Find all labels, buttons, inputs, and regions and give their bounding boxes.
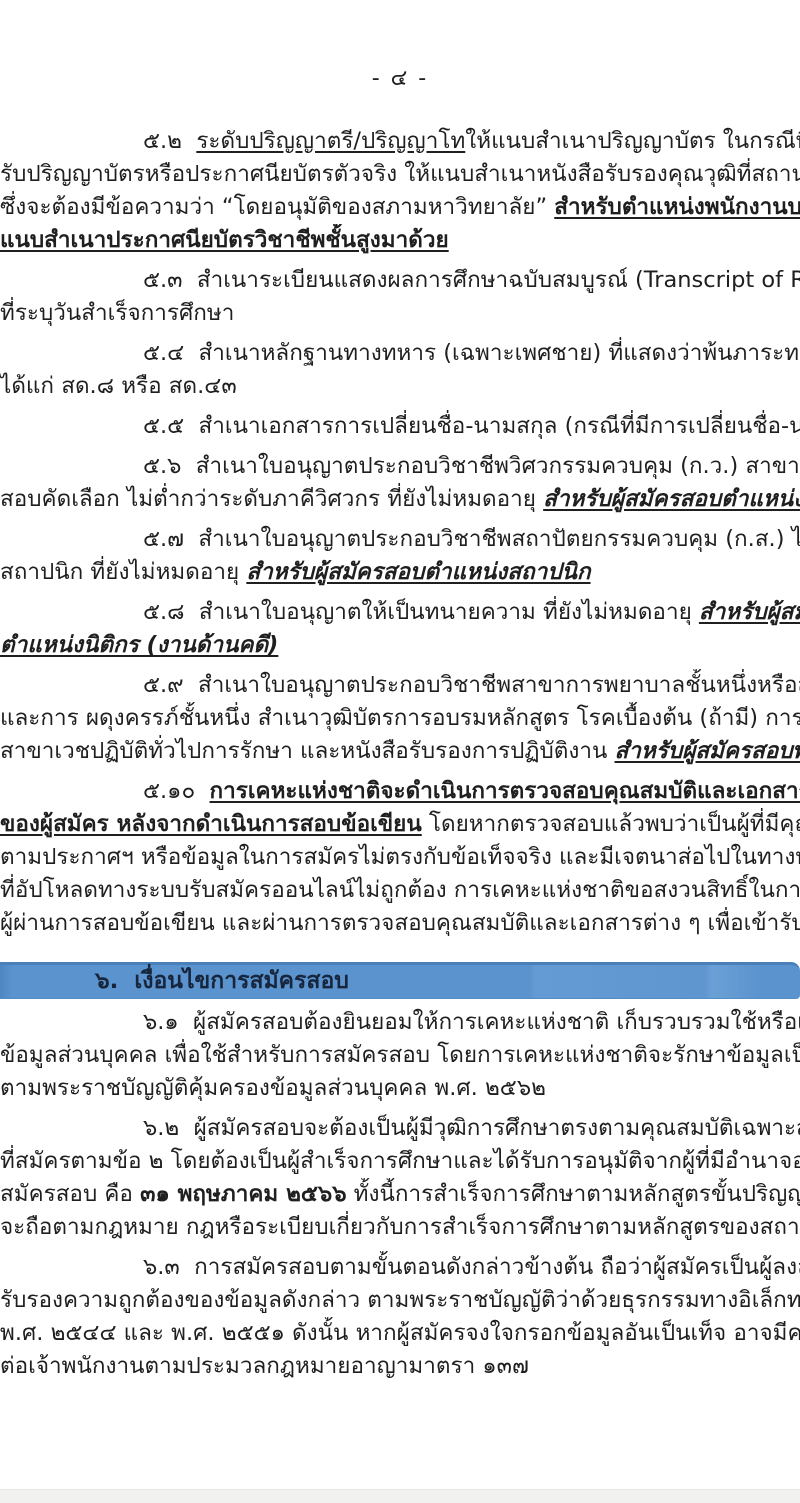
- text-line: รับปริญญาบัตรหรือประกาศนียบัตรตัวจริง ให…: [0, 158, 800, 191]
- text-segment: ๕.๙ สำเนาใบอนุญาตประกอบวิชาชีพสาขาการพยา…: [143, 672, 800, 698]
- document-content: - ๔ -๕.๒ ระดับปริญญาตรี/ปริญญาโทให้แนบสำ…: [0, 0, 800, 1383]
- text-line: ๕.๘ สำเนาใบอนุญาตให้เป็นทนายความ ที่ยังไ…: [0, 596, 800, 629]
- text-segment: ให้แนบสำเนาปริญญาบัตร ในกรณีที่ยังไม่ได้: [465, 128, 800, 154]
- text-segment: ๕.๓ สำเนาระเบียนแสดงผลการศึกษาฉบับสมบูรณ…: [143, 267, 800, 293]
- text-segment: จะถือตามกฎหมาย กฎหรือระเบียบเกี่ยวกับการ…: [0, 1214, 800, 1240]
- text-line: พ.ศ. ๒๕๔๔ และ พ.ศ. ๒๕๕๑ ดังนั้น หากผู้สม…: [0, 1317, 800, 1350]
- text-segment: ได้แก่ สด.๘ หรือ สด.๔๓: [0, 373, 237, 399]
- text-segment: ๕.๖ สำเนาใบอนุญาตประกอบวิชาชีพวิศวกรรมคว…: [143, 453, 800, 479]
- text-line: ๖.๓ การสมัครสอบตามขั้นตอนดังกล่าวข้างต้น…: [0, 1251, 800, 1284]
- text-line: ต่อเจ้าพนักงานตามประมวลกฎหมายอาญามาตรา ๑…: [0, 1350, 800, 1383]
- text-line: ของผู้สมัคร หลังจากดำเนินการสอบข้อเขียน …: [0, 808, 800, 841]
- page-number: - ๔ -: [0, 62, 800, 95]
- text-segment: ๕.๒: [143, 128, 196, 154]
- text-segment: ๓๑ พฤษภาคม ๒๕๖๖: [140, 1181, 346, 1207]
- text-line: ๕.๑๐ การเคหะแห่งชาติจะดำเนินการตรวจสอบคุ…: [0, 775, 800, 808]
- text-segment: ๕.๕ สำเนาเอกสารการเปลี่ยนชื่อ-นามสกุล (ก…: [143, 413, 800, 439]
- text-segment: ผู้ผ่านการสอบข้อเขียน และผ่านการตรวจสอบค…: [0, 910, 800, 936]
- text-segment: สำหรับผู้สมัครสอบตำแหน่งวิศวกร: [543, 486, 800, 512]
- text-segment: ๕.๔ สำเนาหลักฐานทางทหาร (เฉพาะเพศชาย) ที…: [143, 340, 800, 366]
- text-segment: ตามพระราชบัญญัติคุ้มครองข้อมูลส่วนบุคคล …: [0, 1075, 546, 1101]
- text-segment: ทั้งนี้การสำเร็จการศึกษาตามหลักสูตรขั้นป…: [347, 1181, 800, 1207]
- text-segment: การเคหะแห่งชาติจะดำเนินการตรวจสอบคุณสมบั…: [210, 778, 800, 804]
- text-segment: โดยหากตรวจสอบแล้วพบว่าเป็นผู้ที่มีคุณสมบ…: [422, 811, 800, 837]
- text-segment: สำหรับผู้สมัครสอบพยาบาล: [615, 738, 800, 764]
- text-segment: สำหรับผู้สมัครสอบ: [699, 599, 800, 625]
- text-line: ๖.๒ ผู้สมัครสอบจะต้องเป็นผู้มีวุฒิการศึก…: [0, 1112, 800, 1145]
- text-line: ซึ่งจะต้องมีข้อความว่า “โดยอนุมัติของสภา…: [0, 191, 800, 224]
- text-segment: สมัครสอบ คือ: [0, 1181, 140, 1207]
- text-segment: ที่อัปโหลดทางระบบรับสมัครออนไลน์ไม่ถูกต้…: [0, 877, 800, 903]
- section-header-bar: ๖. เงื่อนไขการสมัครสอบ: [0, 962, 800, 999]
- text-segment: สาขาเวชปฏิบัติทั่วไปการรักษา และหนังสือร…: [0, 738, 615, 764]
- text-line: จะถือตามกฎหมาย กฎหรือระเบียบเกี่ยวกับการ…: [0, 1211, 800, 1244]
- text-line: รับรองความถูกต้องของข้อมูลดังกล่าว ตามพร…: [0, 1284, 800, 1317]
- text-segment: พ.ศ. ๒๕๔๔ และ พ.ศ. ๒๕๕๑ ดังนั้น หากผู้สม…: [0, 1320, 800, 1346]
- text-segment: รับรองความถูกต้องของข้อมูลดังกล่าว ตามพร…: [0, 1287, 800, 1313]
- text-segment: สำหรับตำแหน่งพนักงานบริหารงานก่อสร้าง ให…: [554, 194, 800, 220]
- text-segment: ๕.๘ สำเนาใบอนุญาตให้เป็นทนายความ ที่ยังไ…: [143, 599, 699, 625]
- text-segment: สำหรับผู้สมัครสอบตำแหน่งสถาปนิก: [246, 559, 590, 585]
- text-line: ๕.๔ สำเนาหลักฐานทางทหาร (เฉพาะเพศชาย) ที…: [0, 337, 800, 370]
- document-page: - ๔ -๕.๒ ระดับปริญญาตรี/ปริญญาโทให้แนบสำ…: [0, 0, 800, 1503]
- text-line: ๕.๓ สำเนาระเบียนแสดงผลการศึกษาฉบับสมบูรณ…: [0, 264, 800, 297]
- text-segment: ที่สมัครตามข้อ ๒ โดยต้องเป็นผู้สำเร็จการ…: [0, 1148, 800, 1174]
- text-segment: ๖.๒ ผู้สมัครสอบจะต้องเป็นผู้มีวุฒิการศึก…: [143, 1115, 800, 1141]
- text-line: ที่อัปโหลดทางระบบรับสมัครออนไลน์ไม่ถูกต้…: [0, 874, 800, 907]
- text-line: ๕.๒ ระดับปริญญาตรี/ปริญญาโทให้แนบสำเนาปร…: [0, 125, 800, 158]
- text-line: สมัครสอบ คือ ๓๑ พฤษภาคม ๒๕๖๖ ทั้งนี้การส…: [0, 1178, 800, 1211]
- text-line: ผู้ผ่านการสอบข้อเขียน และผ่านการตรวจสอบค…: [0, 907, 800, 940]
- text-line: ที่สมัครตามข้อ ๒ โดยต้องเป็นผู้สำเร็จการ…: [0, 1145, 800, 1178]
- text-segment: ๕.๑๐: [143, 778, 210, 804]
- text-line: แนบสำเนาประกาศนียบัตรวิชาชีพชั้นสูงมาด้ว…: [0, 224, 800, 257]
- text-segment: รับปริญญาบัตรหรือประกาศนียบัตรตัวจริง ให…: [0, 161, 800, 187]
- text-segment: สอบคัดเลือก ไม่ต่ำกว่าระดับภาคีวิศวกร ที…: [0, 486, 543, 512]
- text-line: และการ ผดุงครรภ์ชั้นหนึ่ง สำเนาวุฒิบัตรก…: [0, 702, 800, 735]
- section-header-label: ๖. เงื่อนไขการสมัครสอบ: [0, 965, 800, 998]
- text-line: ๕.๖ สำเนาใบอนุญาตประกอบวิชาชีพวิศวกรรมคว…: [0, 450, 800, 483]
- text-segment: ตามประกาศฯ หรือข้อมูลในการสมัครไม่ตรงกับ…: [0, 844, 800, 870]
- text-segment: ๖.๑ ผู้สมัครสอบต้องยินยอมให้การเคหะแห่งช…: [143, 1009, 800, 1035]
- page-bottom-edge: [0, 1489, 800, 1503]
- text-line: สอบคัดเลือก ไม่ต่ำกว่าระดับภาคีวิศวกร ที…: [0, 483, 800, 516]
- text-segment: สถาปนิก ที่ยังไม่หมดอายุ: [0, 559, 246, 585]
- text-segment: ๕.๗ สำเนาใบอนุญาตประกอบวิชาชีพสถาปัตยกรร…: [143, 526, 800, 552]
- text-line: ได้แก่ สด.๘ หรือ สด.๔๓: [0, 370, 800, 403]
- text-segment: ๖.๓ การสมัครสอบตามขั้นตอนดังกล่าวข้างต้น…: [143, 1254, 800, 1280]
- text-line: ตามพระราชบัญญัติคุ้มครองข้อมูลส่วนบุคคล …: [0, 1072, 800, 1105]
- text-line: ตำแหน่งนิติกร (งานด้านคดี): [0, 629, 800, 662]
- text-segment: ของผู้สมัคร หลังจากดำเนินการสอบข้อเขียน: [0, 811, 422, 837]
- text-line: ข้อมูลส่วนบุคคล เพื่อใช้สำหรับการสมัครสอ…: [0, 1039, 800, 1072]
- text-line: สถาปนิก ที่ยังไม่หมดอายุ สำหรับผู้สมัครส…: [0, 556, 800, 589]
- text-line: สาขาเวชปฏิบัติทั่วไปการรักษา และหนังสือร…: [0, 735, 800, 768]
- text-line: ๕.๕ สำเนาเอกสารการเปลี่ยนชื่อ-นามสกุล (ก…: [0, 410, 800, 443]
- text-segment: ระดับปริญญาตรี/ปริญญาโท: [196, 128, 465, 154]
- text-segment: และการ ผดุงครรภ์ชั้นหนึ่ง สำเนาวุฒิบัตรก…: [0, 705, 800, 731]
- text-segment: แนบสำเนาประกาศนียบัตรวิชาชีพชั้นสูงมาด้ว…: [0, 227, 449, 253]
- text-line: ที่ระบุวันสำเร็จการศึกษา: [0, 297, 800, 330]
- text-line: ๕.๗ สำเนาใบอนุญาตประกอบวิชาชีพสถาปัตยกรร…: [0, 523, 800, 556]
- text-segment: ที่ระบุวันสำเร็จการศึกษา: [0, 300, 234, 326]
- text-segment: ข้อมูลส่วนบุคคล เพื่อใช้สำหรับการสมัครสอ…: [0, 1042, 800, 1068]
- text-segment: ตำแหน่งนิติกร (งานด้านคดี): [0, 632, 278, 658]
- text-line: ๖.๑ ผู้สมัครสอบต้องยินยอมให้การเคหะแห่งช…: [0, 1006, 800, 1039]
- text-segment: ต่อเจ้าพนักงานตามประมวลกฎหมายอาญามาตรา ๑…: [0, 1353, 529, 1379]
- text-line: ๕.๙ สำเนาใบอนุญาตประกอบวิชาชีพสาขาการพยา…: [0, 669, 800, 702]
- text-segment: ซึ่งจะต้องมีข้อความว่า “โดยอนุมัติของสภา…: [0, 194, 554, 220]
- text-line: ตามประกาศฯ หรือข้อมูลในการสมัครไม่ตรงกับ…: [0, 841, 800, 874]
